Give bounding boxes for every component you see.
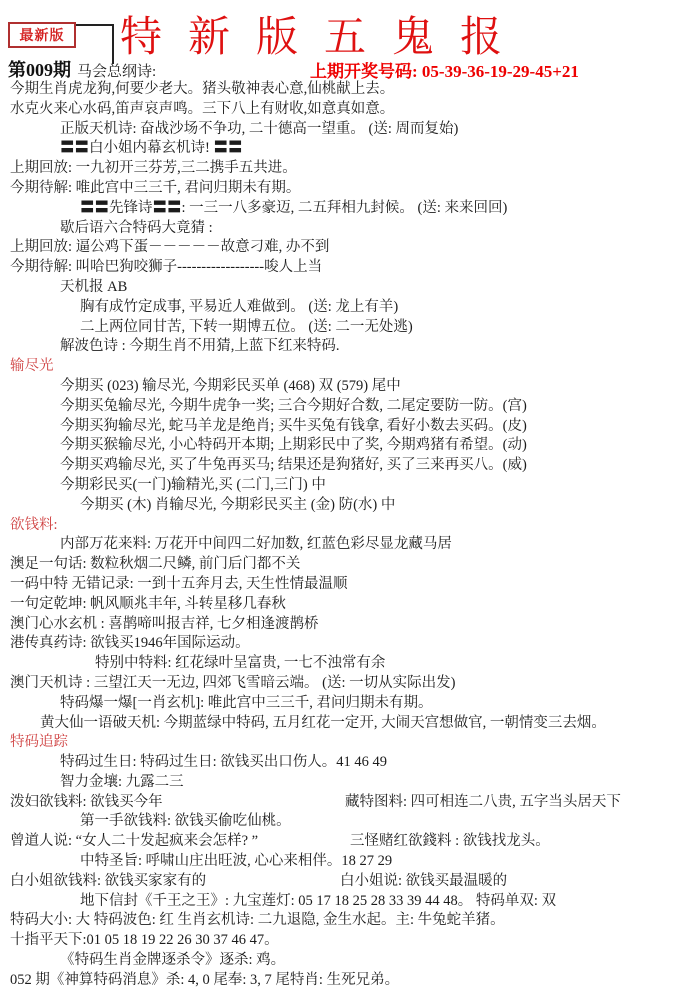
text-line: 地下信封《千王之王》: 九宝莲灯: 05 17 18 25 28 33 39 4… [80, 892, 690, 912]
text-line: 内部万花来料: 万花开中间四二好加数, 红蓝色彩尽显龙藏马居 [60, 535, 690, 555]
text-line: 水克火来心水码,笛声哀声鸣。三下八上有财收,如意真如意。 [10, 100, 690, 120]
issue-number: 第009期 [8, 60, 71, 80]
text-line: 今期彩民买(一门)输精光,买 (二门,三门) 中 [60, 476, 690, 496]
text-line-left: 澳门心水玄机 : 喜鹊啼叫报吉祥, 七夕相逢渡鹊桥 [10, 616, 319, 632]
text-line: 今期买狗输尽光, 蛇马羊龙是绝肖; 买牛买兔有钱拿, 看好小数去买码。(皮) [60, 417, 690, 437]
text-line: 澳门天机诗 : 三望江天一无边, 四郊飞雪暗云端。 (送: 一切从实际出发) [10, 674, 690, 694]
text-line-left: 二上两位同甘苦, 下转一期博五位。 (送: 二一无处逃) [80, 319, 413, 335]
text-line: 白小姐欲钱料: 欲钱买家家有的白小姐说: 欲钱买最温暖的 [10, 872, 690, 892]
text-line-left: 052 期《神算特码消息》杀: 4, 0 尾奉: 3, 7 尾特肖: 生死兄弟。 [10, 972, 399, 988]
edition-badge-label: 最新版 [20, 25, 65, 45]
text-line-left: 今期买狗输尽光, 蛇马羊龙是绝肖; 买牛买兔有钱拿, 看好小数去买码。(皮) [60, 418, 527, 434]
text-line-left: 正版天机诗: 奋战沙场不争功, 二十德高一望重。 (送: 周而复始) [60, 121, 458, 137]
text-line: 今期买鸡输尽光, 买了牛兔再买马; 结果还是狗猪好, 买了三来再买八。(威) [60, 456, 690, 476]
text-line-left: 输尽光 [10, 358, 54, 374]
text-line: 今期待解: 唯此宫中三三千, 君问归期未有期。 [10, 179, 690, 199]
text-line: 胸有成竹定成事, 平易近人难做到。 (送: 龙上有羊) [80, 298, 690, 318]
text-line-left: 胸有成竹定成事, 平易近人难做到。 (送: 龙上有羊) [80, 299, 398, 315]
section-heading: 欲钱料: [10, 516, 690, 536]
text-line: 解波色诗 : 今期生肖不用猜,上蓝下红来特码. [60, 337, 690, 357]
text-line-left: 黄大仙一语破天机: 今期蓝绿中特码, 五月红花一定开, 大闹天宫想做官, 一朝情… [40, 715, 606, 731]
page-title: 特新版五鬼报 [120, 4, 680, 64]
text-line: 特码爆一爆[一肖玄机]: 唯此宫中三三千, 君问归期未有期。 [60, 694, 690, 714]
text-line-left: 曾道人说: “女人二十发起疯来会怎样? ” [10, 833, 258, 849]
text-line-left: 〓〓先锋诗〓〓: 一三一八多豪迈, 二五拜相九封候。 (送: 来来回回) [80, 200, 507, 216]
text-line: 黄大仙一语破天机: 今期蓝绿中特码, 五月红花一定开, 大闹天宫想做官, 一朝情… [40, 714, 690, 734]
text-line-left: 天机报 AB [60, 279, 127, 295]
text-line-left: 今期买 (023) 输尽光, 今期彩民买单 (468) 双 (579) 尾中 [60, 378, 401, 394]
section-heading: 特码追踪 [10, 733, 690, 753]
issue-note: 马会总纲诗: [77, 64, 156, 80]
text-line: 052 期《神算特码消息》杀: 4, 0 尾奉: 3, 7 尾特肖: 生死兄弟。 [10, 971, 690, 991]
text-line: 天机报 AB [60, 278, 690, 298]
text-line-left: 第一手欲钱料: 欲钱买偷吃仙桃。 [80, 813, 291, 829]
text-line: 上期回放: 逼公鸡下蛋－－－－－故意刁难, 办不到 [10, 238, 690, 258]
text-line: 第一手欲钱料: 欲钱买偷吃仙桃。 [80, 812, 690, 832]
text-line-left: 今期买猴输尽光, 小心特码开本期; 上期彩民中了奖, 今期鸡猪有希望。(动) [60, 437, 527, 453]
text-line: 今期买 (木) 肖输尽光, 今期彩民买主 (金) 防(水) 中 [80, 496, 690, 516]
text-line: 智力金壤: 九露二三 [60, 773, 690, 793]
text-line: 十指平天下:01 05 18 19 22 26 30 37 46 47。 [10, 931, 690, 951]
text-line-left: 歇后语六合特码大竟猜 : [60, 220, 213, 236]
text-line-left: 今期买 (木) 肖输尽光, 今期彩民买主 (金) 防(水) 中 [80, 497, 395, 513]
text-line: 歇后语六合特码大竟猜 : [60, 219, 690, 239]
text-line: 一句定乾坤: 帆风顺兆丰年, 斗转星移几春秋 [10, 595, 690, 615]
text-line-left: 今期买鸡输尽光, 买了牛兔再买马; 结果还是狗猪好, 买了三来再买八。(威) [60, 457, 527, 473]
text-line: 中特圣旨: 呼啸山庄出旺波, 心心来相伴。18 27 29 [80, 852, 690, 872]
text-line: 《特码生肖金牌逐杀令》逐杀: 鸡。 [60, 951, 690, 971]
text-line-left: 特码大小: 大 特码波色: 红 生肖玄机诗: 二九退隐, 金生水起。主: 牛兔蛇… [10, 912, 505, 928]
text-line-left: 地下信封《千王之王》: 九宝莲灯: 05 17 18 25 28 33 39 4… [80, 893, 556, 909]
text-line-left: 特别中特料: 红花绿叶呈富贵, 一七不浊常有余 [95, 655, 385, 671]
text-line-left: 《特码生肖金牌逐杀令》逐杀: 鸡。 [60, 952, 285, 968]
text-line-left: 特码过生日: 特码过生日: 欲钱买出口伤人。41 46 49 [60, 754, 387, 770]
text-line-left: 智力金壤: 九露二三 [60, 774, 184, 790]
text-line-left: 上期回放: 一九初开三芬芳,三二携手五共进。 [10, 160, 297, 176]
text-line: 港传真药诗: 欲钱买1946年国际运动。 [10, 634, 690, 654]
text-line-left: 〓〓白小姐内幕玄机诗! 〓〓 [60, 140, 242, 156]
text-line-left: 今期彩民买(一门)输精光,买 (二门,三门) 中 [60, 477, 326, 493]
text-line-left: 港传真药诗: 欲钱买1946年国际运动。 [10, 635, 250, 651]
text-line-left: 上期回放: 逼公鸡下蛋－－－－－故意刁难, 办不到 [10, 239, 329, 255]
text-line: 今期买兔输尽光, 今期牛虎争一奖; 三合今期好合数, 二尾定要防一防。(宫) [60, 397, 690, 417]
text-line: 一码中特 无错记录: 一到十五奔月去, 天生性情最温顺 [10, 575, 690, 595]
text-line: 今期买 (023) 输尽光, 今期彩民买单 (468) 双 (579) 尾中 [60, 377, 690, 397]
text-line: 〓〓先锋诗〓〓: 一三一八多豪迈, 二五拜相九封候。 (送: 来来回回) [80, 199, 690, 219]
edition-badge: 最新版 [8, 22, 76, 48]
text-line-left: 一句定乾坤: 帆风顺兆丰年, 斗转星移几春秋 [10, 596, 286, 612]
text-line-left: 白小姐欲钱料: 欲钱买家家有的 [10, 873, 206, 889]
section-heading: 输尽光 [10, 357, 690, 377]
text-line-left: 一码中特 无错记录: 一到十五奔月去, 天生性情最温顺 [10, 576, 348, 592]
text-line: 泼妇欲钱料: 欲钱买今年藏特图料: 四可相连二八贵, 五字当头居天下 [10, 793, 690, 813]
text-line-left: 今期待解: 唯此宫中三三千, 君问归期未有期。 [10, 180, 300, 196]
text-line-right: 藏特图料: 四可相连二八贵, 五字当头居天下 [345, 793, 621, 813]
text-line: 澳门心水玄机 : 喜鹊啼叫报吉祥, 七夕相逢渡鹊桥 [10, 615, 690, 635]
text-line: 曾道人说: “女人二十发起疯来会怎样? ”三怪赌红欲錢料 : 欲钱找龙头。 [10, 832, 690, 852]
text-line: 正版天机诗: 奋战沙场不争功, 二十德高一望重。 (送: 周而复始) [60, 120, 690, 140]
text-line: 特码过生日: 特码过生日: 欲钱买出口伤人。41 46 49 [60, 753, 690, 773]
text-line: 上期回放: 一九初开三芬芳,三二携手五共进。 [10, 159, 690, 179]
text-line-left: 澳足一句话: 数粒秋烟二尺鳞, 前门后门都不关 [10, 556, 300, 572]
text-line-left: 特码追踪 [10, 734, 68, 750]
text-line: 特别中特料: 红花绿叶呈富贵, 一七不浊常有余 [95, 654, 690, 674]
text-line-left: 水克火来心水码,笛声哀声鸣。三下八上有财收,如意真如意。 [10, 101, 394, 117]
text-line-left: 特码爆一爆[一肖玄机]: 唯此宫中三三千, 君问归期未有期。 [60, 695, 433, 711]
text-line: 特码大小: 大 特码波色: 红 生肖玄机诗: 二九退隐, 金生水起。主: 牛兔蛇… [10, 911, 690, 931]
text-line: 今期待解: 叫哈巴狗咬狮子------------------唆人上当 [10, 258, 690, 278]
last-draw-numbers: 上期开奖号码: 05-39-36-19-29-45+21 [310, 57, 579, 82]
text-line-left: 泼妇欲钱料: 欲钱买今年 [10, 794, 163, 810]
text-line-left: 今期待解: 叫哈巴狗咬狮子------------------唆人上当 [10, 259, 322, 275]
text-line-left: 今期生肖虎龙狗,何要少老大。猪头敬神表心意,仙桃献上去。 [10, 81, 394, 97]
text-line: 澳足一句话: 数粒秋烟二尺鳞, 前门后门都不关 [10, 555, 690, 575]
text-line: 〓〓白小姐内幕玄机诗! 〓〓 [60, 139, 690, 159]
text-line-right: 三怪赌红欲錢料 : 欲钱找龙头。 [350, 832, 550, 852]
text-line: 今期生肖虎龙狗,何要少老大。猪头敬神表心意,仙桃献上去。 [10, 80, 690, 100]
text-line-left: 中特圣旨: 呼啸山庄出旺波, 心心来相伴。18 27 29 [80, 853, 392, 869]
text-line-left: 澳门天机诗 : 三望江天一无边, 四郊飞雪暗云端。 (送: 一切从实际出发) [10, 675, 455, 691]
text-line-right: 白小姐说: 欲钱买最温暖的 [340, 872, 507, 892]
text-line-left: 内部万花来料: 万花开中间四二好加数, 红蓝色彩尽显龙藏马居 [60, 536, 452, 552]
text-line-left: 欲钱料: [10, 517, 58, 533]
text-line-left: 十指平天下:01 05 18 19 22 26 30 37 46 47。 [10, 932, 279, 948]
body-lines: 今期生肖虎龙狗,何要少老大。猪头敬神表心意,仙桃献上去。水克火来心水码,笛声哀声… [0, 80, 690, 991]
text-line: 今期买猴输尽光, 小心特码开本期; 上期彩民中了奖, 今期鸡猪有希望。(动) [60, 436, 690, 456]
issue-row: 第009期马会总纲诗: 上期开奖号码: 05-39-36-19-29-45+21 [8, 56, 684, 80]
text-line: 二上两位同甘苦, 下转一期博五位。 (送: 二一无处逃) [80, 318, 690, 338]
text-line-left: 解波色诗 : 今期生肖不用猜,上蓝下红来特码. [60, 338, 340, 354]
text-line-left: 今期买兔输尽光, 今期牛虎争一奖; 三合今期好合数, 二尾定要防一防。(宫) [60, 398, 527, 414]
